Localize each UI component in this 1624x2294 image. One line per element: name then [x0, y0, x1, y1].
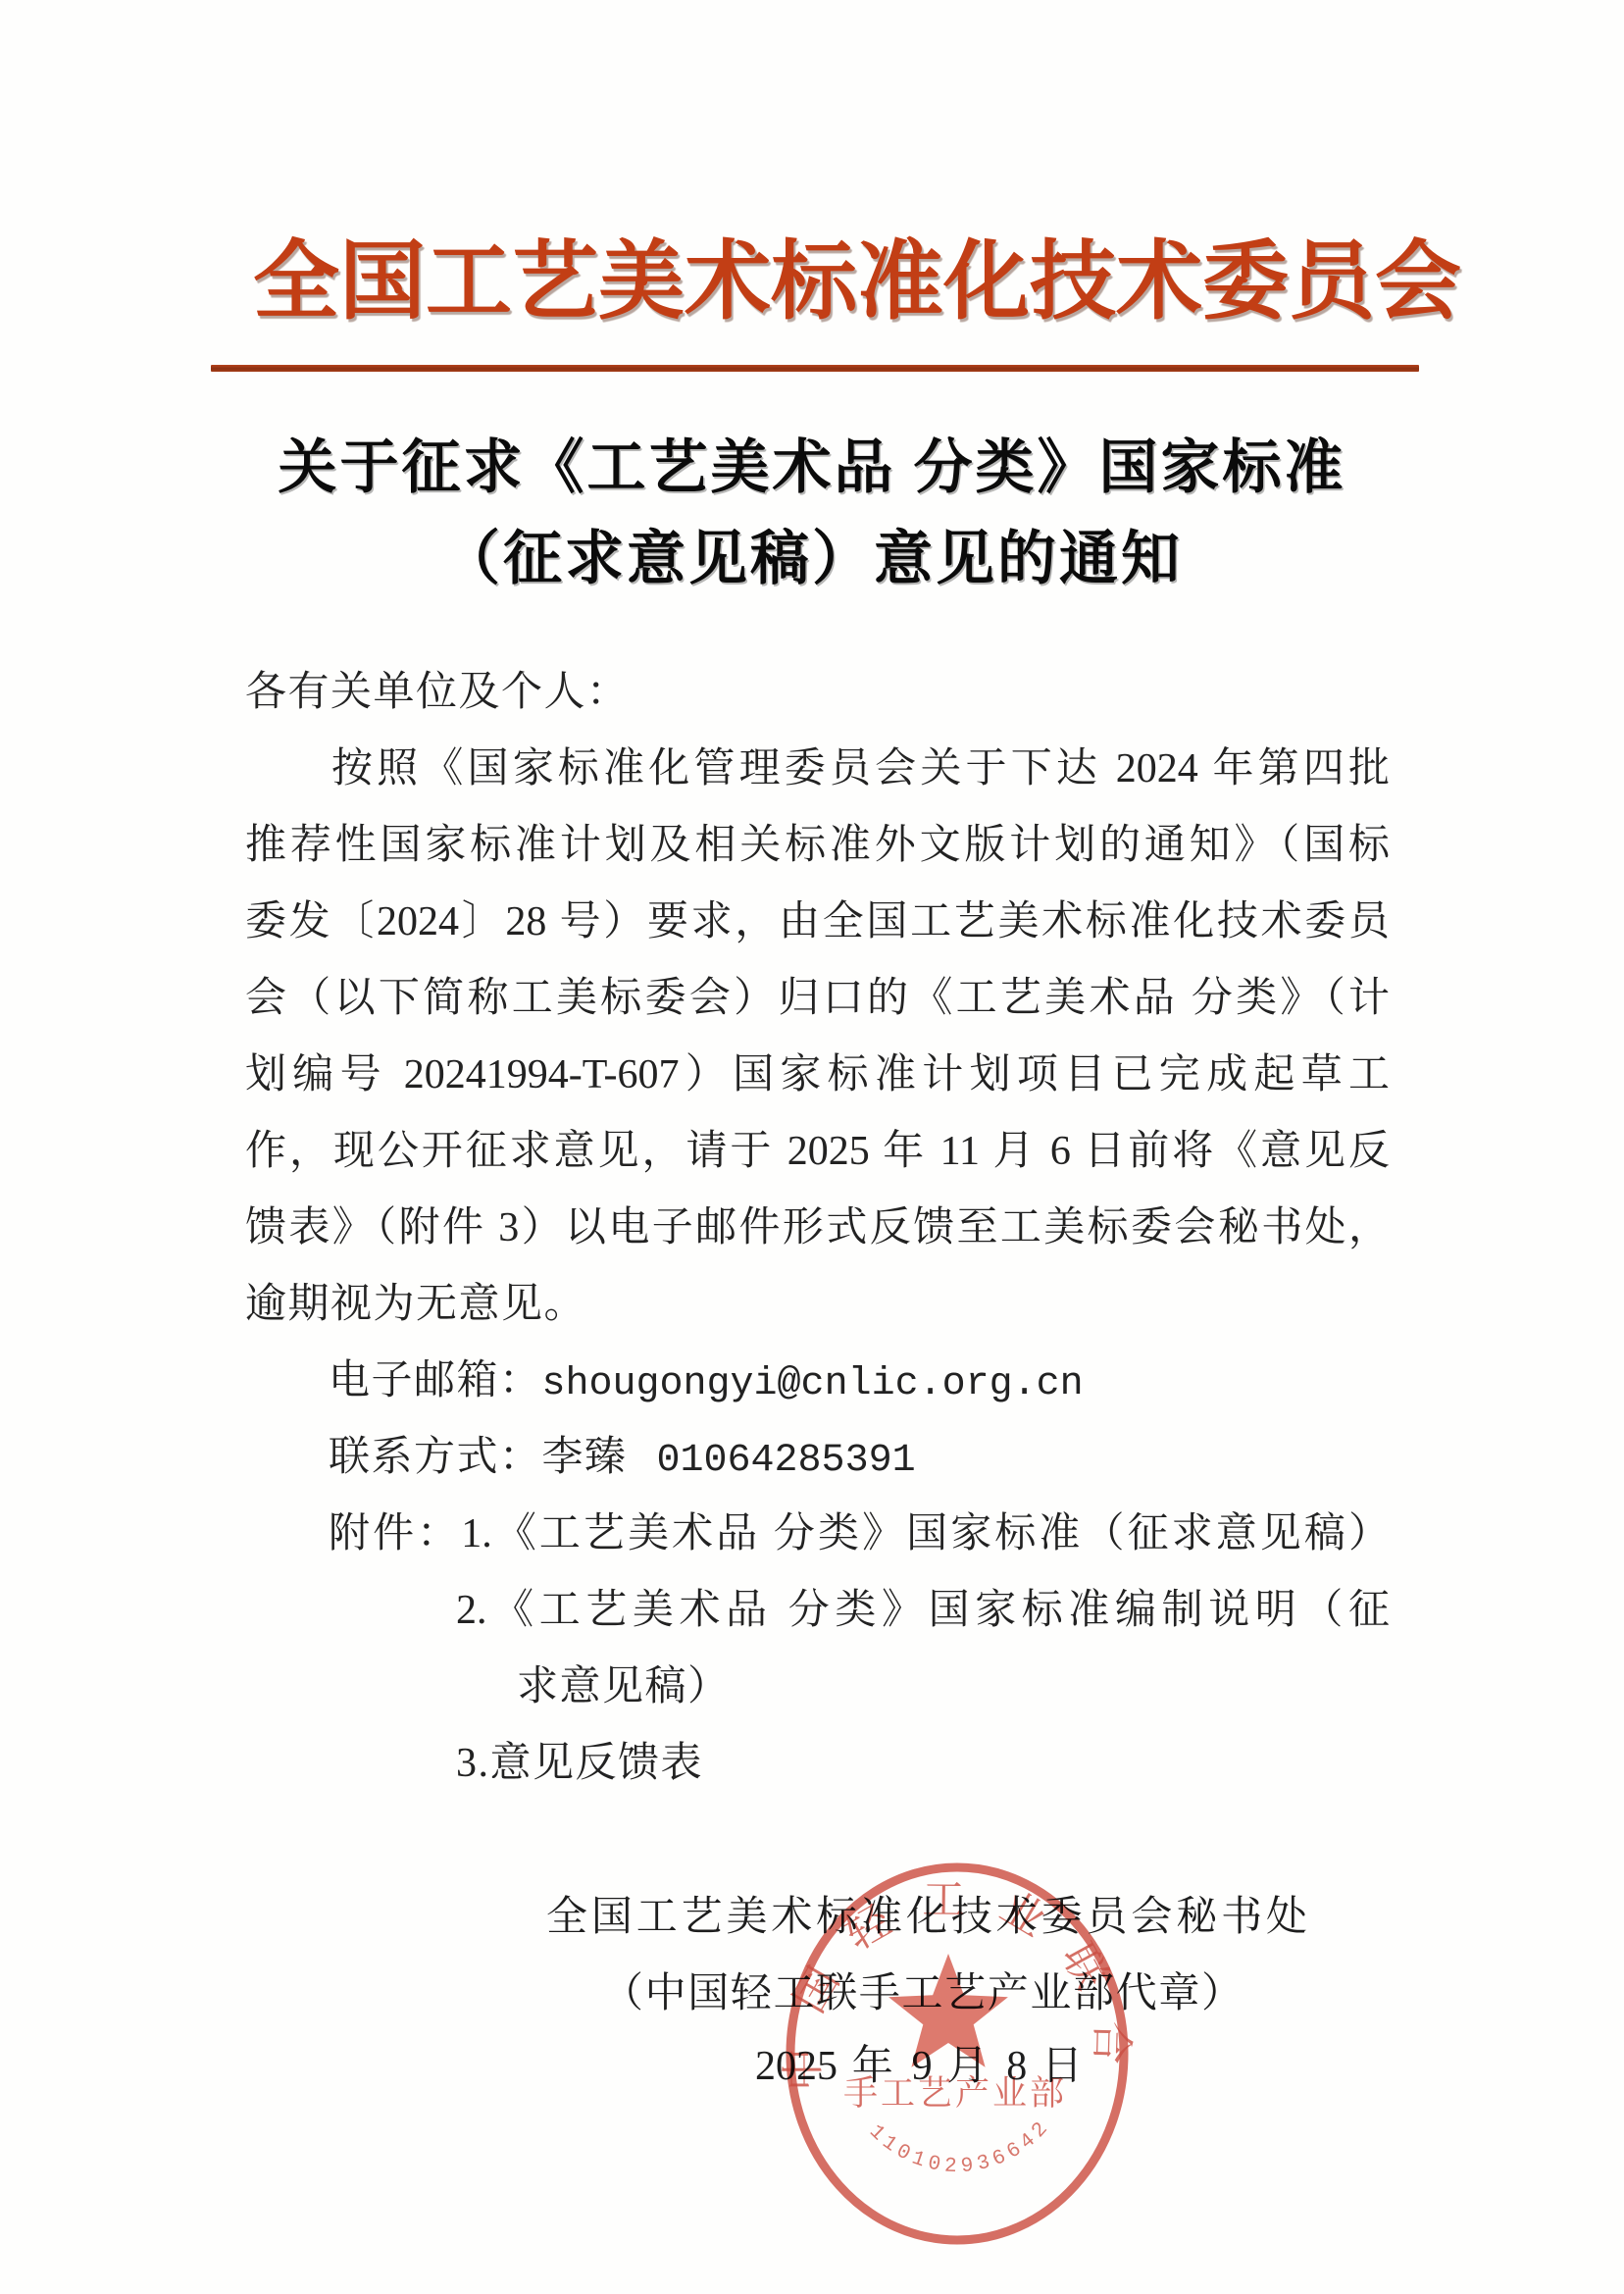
contact-name: 李臻: [542, 1435, 628, 1480]
paragraph-end: 逾期视为无意见。: [245, 1266, 1390, 1343]
attachment-line-3: 3.意见反馈表: [245, 1725, 1390, 1802]
attachments-label: 附件：: [329, 1511, 461, 1556]
signature-org: 全国工艺美术标准化技术委员会秘书处: [546, 1879, 1307, 1956]
attachment-line-2a: 2.《工艺美术品 分类》国家标准编制说明（征: [245, 1572, 1390, 1649]
paragraph-line: 委发〔2024〕28 号）要求，由全国工艺美术标准化技术委员: [245, 884, 1390, 960]
paragraph-line: 按照《国家标准化管理委员会关于下达 2024 年第四批: [245, 731, 1390, 807]
paragraph-line: 划编号 20241994-T-607）国家标准计划项目已完成起草工: [245, 1037, 1390, 1113]
paragraph-line: 作，现公开征求意见，请于 2025 年 11 月 6 日前将《意见反: [245, 1113, 1390, 1190]
email-label: 电子邮箱：: [329, 1358, 542, 1403]
attachment-item-1: 1.《工艺美术品 分类》国家标准（征求意见稿）: [461, 1511, 1390, 1556]
contact-phone: 01064285391: [657, 1439, 916, 1483]
contact-label: 联系方式：: [329, 1435, 542, 1480]
body-text: 各有关单位及个人： 按照《国家标准化管理委员会关于下达 2024 年第四批 推荐…: [245, 654, 1390, 1802]
signature-on-behalf: （中国轻工联手工艺产业部代章）: [602, 1956, 1243, 2032]
paragraph-line: 馈表》（附件 3）以电子邮件形式反馈至工美标委会秘书处，: [245, 1190, 1390, 1266]
email-address: shougongyi@cnlic.org.cn: [542, 1362, 1084, 1406]
notice-document-page: 全国工艺美术标准化技术委员会 关于征求《工艺美术品 分类》国家标准 （征求意见稿…: [0, 0, 1624, 2294]
letterhead-org-name: 全国工艺美术标准化技术委员会: [253, 229, 1393, 337]
attachment-line-1: 附件：1.《工艺美术品 分类》国家标准（征求意见稿）: [245, 1496, 1390, 1572]
document-title-line1: 关于征求《工艺美术品 分类》国家标准: [0, 433, 1624, 503]
paragraph-line: 会（以下简称工美标委会）归口的《工艺美术品 分类》（计: [245, 960, 1390, 1037]
email-line: 电子邮箱：shougongyi@cnlic.org.cn: [245, 1343, 1390, 1419]
letterhead-rule: [211, 365, 1419, 372]
signature-date: 2025 年 9 月 8 日: [755, 2028, 1083, 2105]
attachment-line-2b: 求意见稿）: [245, 1649, 1390, 1725]
contact-line: 联系方式：李臻01064285391: [245, 1419, 1390, 1496]
salutation: 各有关单位及个人：: [245, 654, 1390, 731]
paragraph-line: 推荐性国家标准计划及相关标准外文版计划的通知》（国标: [245, 807, 1390, 884]
document-title-line2: （征求意见稿）意见的通知: [0, 524, 1624, 594]
